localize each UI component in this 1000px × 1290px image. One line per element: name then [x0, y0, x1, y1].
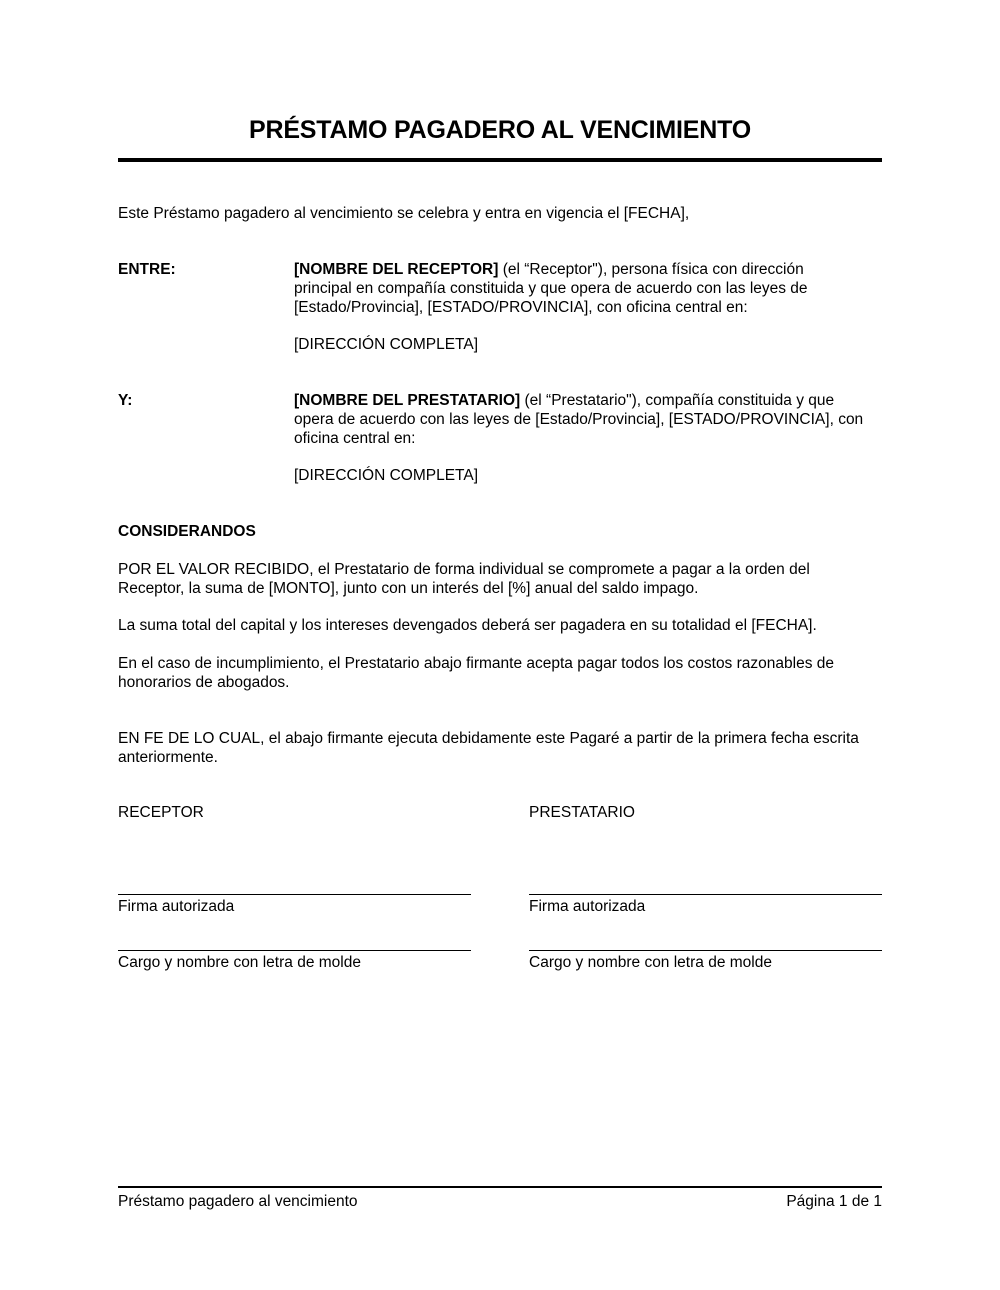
borrower-address: [DIRECCIÓN COMPLETA] [294, 466, 882, 485]
party-borrower-text: [NOMBRE DEL PRESTATARIO] (el “Prestatari… [294, 391, 874, 448]
borrower-name: [NOMBRE DEL PRESTATARIO] [294, 392, 520, 409]
receptor-name: [NOMBRE DEL RECEPTOR] [294, 261, 498, 278]
borrower-signature-label: Firma autorizada [529, 897, 645, 916]
footer-page-number: Página 1 de 1 [786, 1192, 882, 1211]
document-title: PRÉSTAMO PAGADERO AL VENCIMIENTO [118, 116, 882, 145]
recitals-heading: CONSIDERANDOS [118, 522, 256, 541]
party-label-and: Y: [118, 391, 132, 410]
receptor-address: [DIRECCIÓN COMPLETA] [294, 335, 882, 354]
party-receptor-text: [NOMBRE DEL RECEPTOR] (el “Receptor"), p… [294, 260, 854, 317]
recital-paragraph: La suma total del capital y los interese… [118, 616, 882, 635]
receptor-signature-label: Firma autorizada [118, 897, 234, 916]
signature-party-receptor: RECEPTOR [118, 803, 204, 822]
receptor-name-line[interactable] [118, 950, 471, 951]
party-label-between: ENTRE: [118, 260, 176, 279]
footer-divider [118, 1186, 882, 1188]
signature-party-borrower: PRESTATARIO [529, 803, 635, 822]
receptor-name-label: Cargo y nombre con letra de molde [118, 953, 361, 972]
borrower-name-line[interactable] [529, 950, 882, 951]
intro-paragraph: Este Préstamo pagadero al vencimiento se… [118, 204, 689, 223]
recital-paragraph: En el caso de incumplimiento, el Prestat… [118, 654, 858, 692]
receptor-signature-line[interactable] [118, 894, 471, 895]
title-divider [118, 158, 882, 162]
witness-clause: EN FE DE LO CUAL, el abajo firmante ejec… [118, 729, 882, 767]
recital-paragraph: POR EL VALOR RECIBIDO, el Prestatario de… [118, 560, 858, 598]
borrower-name-label: Cargo y nombre con letra de molde [529, 953, 772, 972]
document-page: PRÉSTAMO PAGADERO AL VENCIMIENTO Este Pr… [118, 0, 882, 1290]
borrower-signature-line[interactable] [529, 894, 882, 895]
footer-document-name: Préstamo pagadero al vencimiento [118, 1192, 358, 1211]
